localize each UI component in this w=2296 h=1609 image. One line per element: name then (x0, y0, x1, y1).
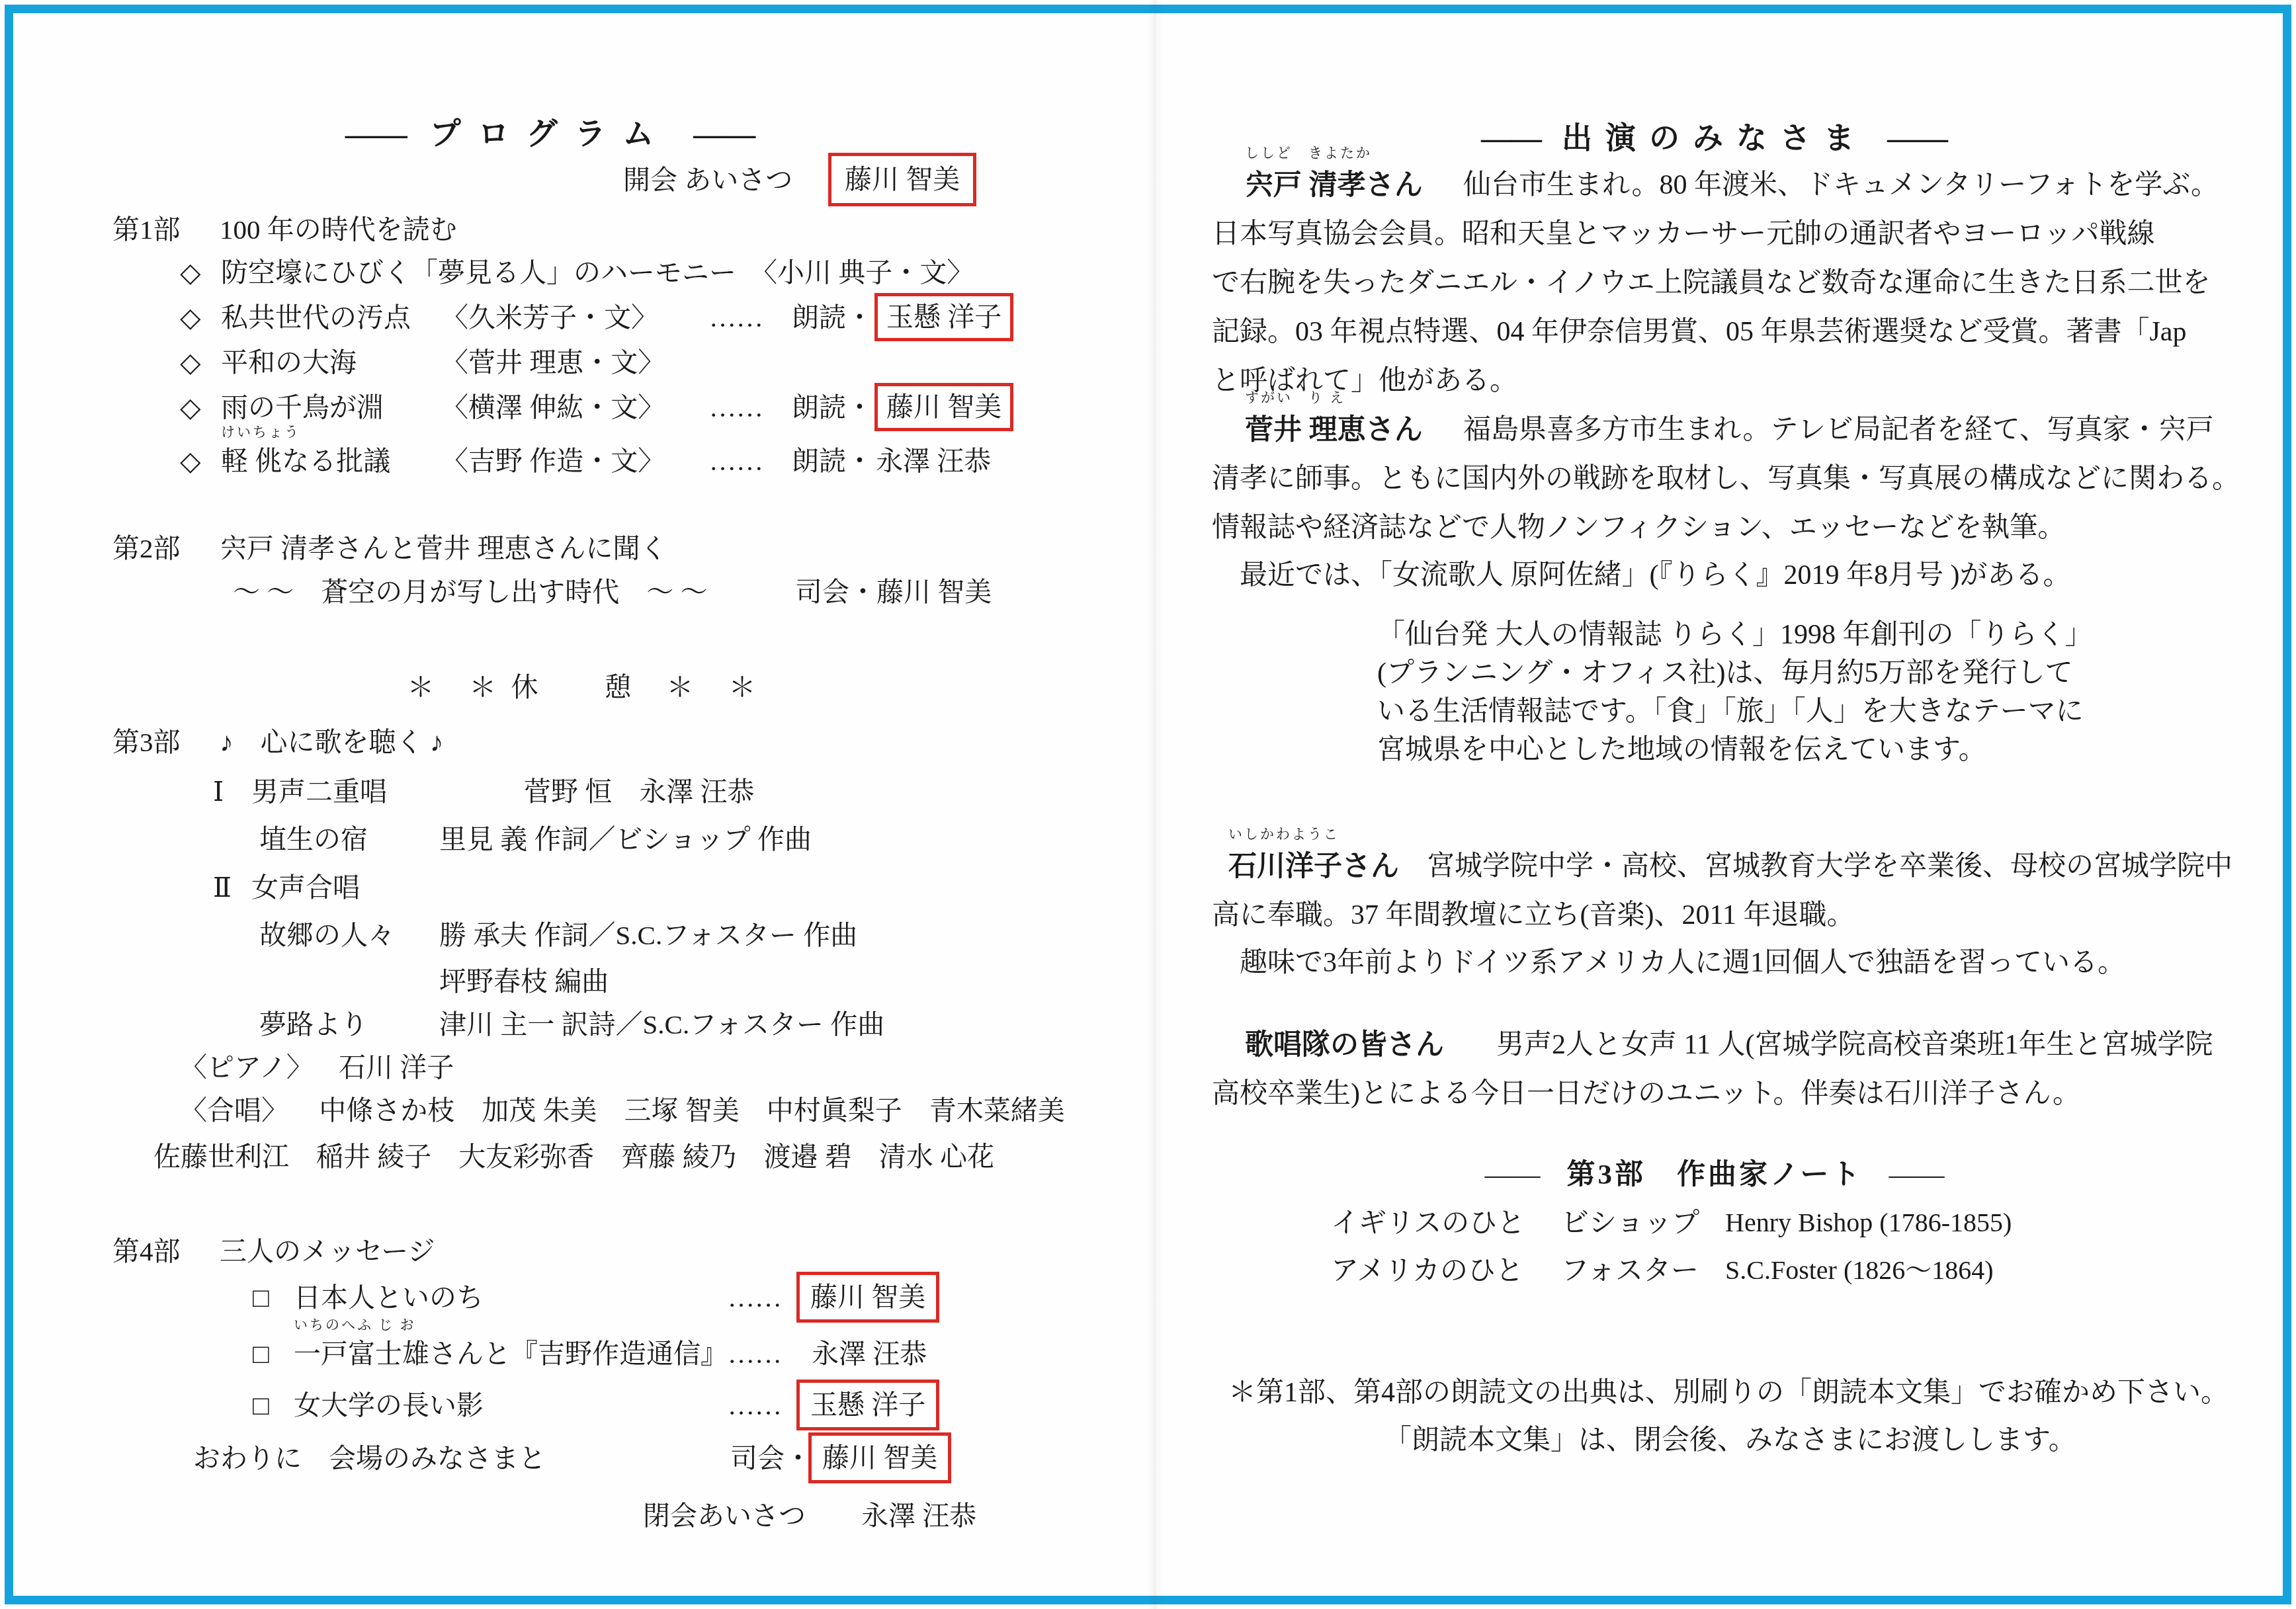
diamond-bullet: ◇ (180, 346, 201, 380)
composer-row: イギリスのひと ビショップ Henry Bishop (1786-1855) (1331, 1206, 1525, 1241)
piano-name: 石川 洋子 (339, 1052, 454, 1083)
section-numeral: Ⅰ (213, 776, 224, 807)
piece-author: 〈小川 典子・文〉 (750, 256, 974, 290)
song-title: 夢路より (259, 1009, 368, 1040)
program-page: ——プログラム—— 開会 あいさつ 藤川 智美 第1部 100 年の時代を読む … (15, 15, 1148, 1594)
title-dash-right: —— (693, 117, 755, 151)
piece-author: 〈吉野 作造・文〉 (441, 444, 665, 478)
title-dash-left: —— (1484, 1160, 1540, 1190)
message-title: 女大学の長い影 (294, 1389, 484, 1423)
bio-line: 高校卒業生)とによる今日一日だけのユニット。伴奏は石川洋子さん。 (1212, 1077, 2080, 1112)
message-title: 一戸富士雄さんと『吉野作造通信』 (294, 1337, 728, 1371)
dot-leader: …… (728, 1281, 782, 1315)
highlighted-name: 藤川 智美 (874, 383, 1013, 431)
bio-line: 趣味で3年前よりドイツ系アメリカ人に週1回個人で独語を習っている。 (1240, 946, 2125, 981)
reader-label: 朗読・ (792, 391, 873, 425)
speaker-intro: 宮城学院中学・高校、宮城教育大学を卒業後、母校の宮城学院中 (1427, 849, 2232, 884)
bio-line: 高に奉職。37 年間教壇に立ち(音楽)、2011 年退職。 (1212, 898, 1854, 933)
bio-line: 日本写真協会会員。昭和天皇とマッカーサー元帥の通訳者やヨーロッパ戦線 (1212, 217, 2154, 252)
highlighted-name: 藤川 智美 (808, 1432, 951, 1483)
piano-label: 〈ピアノ〉 (180, 1052, 314, 1083)
piece-title: 防空壕にひびく「夢見る人」のハーモニー (221, 256, 736, 290)
speaker-name: 宍戸 清孝さん (1245, 170, 1423, 201)
section-performers: 菅野 恒 永澤 汪恭 (524, 775, 755, 809)
part4-title: 三人のメッセージ (220, 1235, 435, 1268)
song-title: 埴生の宿 (259, 824, 368, 854)
performers-page: ——出演のみなさま—— ししど きよたか 宍戸 清孝さん 仙台市生まれ。80 年… (1166, 15, 2281, 1594)
intermission-line: ＊ ＊ 休 憩 ＊ ＊ (54, 671, 1113, 704)
song-credit: 勝 承夫 作詞／S.C.フォスター 作曲 (439, 919, 857, 952)
riraku-note-line: いる生活情報誌です。「食」「旅」「人」を大きなテーマに (1377, 694, 2084, 729)
part3-heading: 第3部 ♪ 心に歌を聴く ♪ (112, 725, 181, 759)
song-line: 夢路より 津川 主一 訳詩／S.C.フォスター 作曲 (259, 1008, 368, 1042)
bio-line: で右腕を失ったダニエル・イノウエ上院議員など数奇な運命に生きた日系二世を (1212, 266, 2210, 301)
section-label: 女声合唱 (251, 871, 360, 905)
closing-line: おわりに 会場のみなさまと 司会・ 藤川 智美 (193, 1442, 546, 1475)
section-1-line: Ⅰ 男声二重唱 菅野 恒 永澤 汪恭 (213, 775, 224, 809)
part4-heading: 第4部 三人のメッセージ (112, 1235, 181, 1268)
part3-title: ♪ 心に歌を聴く ♪ (220, 725, 443, 759)
mc-label: 司会・ (730, 1442, 812, 1475)
program-title: ——プログラム—— (15, 115, 1086, 154)
message-title: 日本人といのち (294, 1281, 484, 1315)
part4-number: 第4部 (112, 1236, 181, 1266)
dot-leader: …… (709, 391, 763, 425)
scanned-program-document: ——プログラム—— 開会 あいさつ 藤川 智美 第1部 100 年の時代を読む … (0, 0, 2296, 1609)
reader-label: 朗読・ (792, 444, 873, 478)
mc-name: 藤川 智美 (876, 577, 992, 607)
furigana: すがい り え (1245, 389, 1345, 406)
part1-title: 100 年の時代を読む (220, 213, 457, 247)
square-bullet: □ (253, 1337, 269, 1371)
dot-leader: …… (728, 1389, 782, 1423)
furigana: ししど きよたか (1245, 144, 1372, 161)
composer-name-jp: フォスター (1561, 1254, 1699, 1289)
footnote-line: ＊第1部、第4部の朗読文の出典は、別刷りの「朗読本文集」でお確かめ下さい。 (1228, 1376, 2229, 1411)
closing-greeting-line: 閉会あいさつ 永澤 汪恭 (643, 1499, 806, 1533)
diamond-bullet: ◇ (180, 444, 201, 478)
composer-name-en: S.C.Foster (1826～1864) (1725, 1254, 1994, 1287)
piece-title: 平和の大海 (221, 346, 357, 380)
piece-title: 軽 佻なる批議 (221, 444, 390, 478)
song-line: 埴生の宿 里見 義 作詞／ビショップ 作曲 (259, 823, 368, 856)
diamond-bullet: ◇ (180, 391, 201, 425)
chorus-members: 中條さか枝 加茂 朱美 三塚 智美 中村眞梨子 青木菜緒美 (319, 1095, 1065, 1126)
bio-line: 情報誌や経済誌などで人物ノンフィクション、エッセーなどを執筆。 (1212, 511, 2065, 546)
chorus-label: 〈合唱〉 (180, 1095, 288, 1126)
riraku-note-line: 「仙台発 大人の情報誌 りらく」1998 年創刊の「りらく」 (1377, 618, 2093, 653)
speaker-ishikawa-name-line: いしかわようこ 石川洋子さん 宮城学院中学・高校、宮城教育大学を卒業後、母校の宮… (1228, 849, 1399, 885)
choir-name: 歌唱隊の皆さん (1245, 1030, 1444, 1061)
diamond-bullet: ◇ (180, 301, 201, 335)
part1-number: 第1部 (112, 214, 181, 245)
song-line: 故郷の人々 勝 承夫 作詞／S.C.フォスター 作曲 (259, 919, 395, 952)
choir-intro: 男声2人と女声 11 人(宮城学院高校音楽班1年生と宮城学院 (1496, 1028, 2213, 1063)
program-title-text: プログラム (430, 117, 671, 151)
highlighted-name: 玉懸 洋子 (796, 1380, 939, 1430)
piece-title: 私共世代の汚点 (221, 301, 411, 335)
page-fold-crease (1148, 0, 1165, 1609)
composer-name-en: Henry Bishop (1786-1855) (1725, 1206, 2012, 1239)
section-numeral: Ⅱ (213, 872, 232, 903)
chorus-line-1: 〈合唱〉 中條さか枝 加茂 朱美 三塚 智美 中村眞梨子 青木菜緒美 (180, 1094, 1065, 1128)
piece-author: 〈菅井 理恵・文〉 (441, 346, 665, 380)
song-credit: 津川 主一 訳詩／S.C.フォスター 作曲 (439, 1008, 884, 1042)
song-title: 故郷の人々 (259, 920, 395, 950)
composer-note-heading: ——第3部 作曲家ノート—— (1166, 1157, 2264, 1193)
bio-line: 記録。03 年視点特選、04 年伊奈信男賞、05 年県芸術選奨など受賞。著書「J… (1212, 315, 2187, 350)
composer-country: アメリカのひと (1331, 1256, 1523, 1286)
composer-note-title: 第3部 作曲家ノート (1566, 1159, 1862, 1190)
closing-greeting-label: 閉会あいさつ (643, 1501, 806, 1531)
song-arranger-line: 坪野春枝 編曲 (439, 965, 609, 999)
part2-title: 宍戸 清孝さんと菅井 理恵さんに聞く (220, 532, 667, 565)
closing-label: おわりに 会場のみなさまと (193, 1443, 546, 1473)
highlight-box: 藤川 智美 (828, 153, 976, 206)
piece-author: 〈横澤 伸紘・文〉 (441, 391, 665, 425)
piece-title: 雨の千鳥が淵 (221, 391, 384, 425)
furigana: いしかわようこ (1228, 825, 1339, 843)
highlight-box: 玉懸 洋子 (796, 1380, 939, 1430)
furigana: けいちょう (221, 423, 300, 440)
title-dash-left: —— (1481, 121, 1542, 155)
dot-leader: …… (728, 1337, 782, 1371)
highlighted-name: 玉懸 洋子 (874, 293, 1013, 341)
highlight-box: 藤川 智美 (874, 383, 1013, 431)
reader-name: 永澤 汪恭 (812, 1337, 927, 1371)
opening-label: 開会 あいさつ (623, 163, 792, 197)
composer-row: アメリカのひと フォスター S.C.Foster (1826～1864) (1331, 1254, 1523, 1289)
highlighted-name: 藤川 智美 (796, 1272, 939, 1323)
section-2-line: Ⅱ 女声合唱 (213, 871, 232, 905)
riraku-note-line: (プランニング・オフィス社)は、毎月約5万部を発行して (1377, 656, 2073, 691)
speaker-intro: 福島県喜多方市生まれ。テレビ局記者を経て、写真家・宍戸 (1463, 413, 2214, 448)
footnote-line: 「朗読本文集」は、閉会後、みなさまにお渡しします。 (1384, 1423, 2076, 1458)
speaker-sugai-name-line: すがい り え 菅井 理恵さん 福島県喜多方市生まれ。テレビ局記者を経て、写真家… (1245, 413, 1423, 448)
highlight-box: 藤川 智美 (796, 1272, 939, 1323)
riraku-note-line: 宮城県を中心とした地域の情報を伝えています。 (1377, 733, 1986, 768)
highlight-box: 藤川 智美 (808, 1432, 951, 1483)
furigana: いちのへふ じ お (294, 1316, 416, 1333)
speaker-name: 菅井 理恵さん (1245, 415, 1423, 446)
performers-title-text: 出演のみなさま (1562, 121, 1867, 155)
composer-name-jp: ビショップ (1561, 1206, 1699, 1241)
speaker-intro: 仙台市生まれ。80 年渡米、ドキュメンタリーフォトを学ぶ。 (1463, 168, 2219, 203)
song-credit: 里見 義 作詞／ビショップ 作曲 (439, 823, 812, 856)
piano-line: 〈ピアノ〉 石川 洋子 (180, 1051, 454, 1085)
chorus-line-2: 佐藤世利江 稲井 綾子 大友彩弥香 齊藤 綾乃 渡邉 碧 清水 心花 (153, 1140, 994, 1174)
part2-number: 第2部 (112, 533, 181, 563)
part2-subtitle: ～ ～ 蒼空の月が写し出す時代 ～ ～ (233, 575, 708, 609)
title-dash-left: —— (345, 117, 407, 151)
highlight-box: 玉懸 洋子 (874, 293, 1013, 341)
reader-label: 朗読・ (792, 301, 873, 335)
mc-credit: 司会・藤川 智美 (795, 575, 992, 609)
dot-leader: …… (709, 444, 763, 478)
bio-line: 最近では、「女流歌人 原阿佐緒」(『りらく』2019 年8月号 )がある。 (1240, 558, 2070, 593)
bio-line: 清孝に師事。ともに国内外の戦跡を取材し、写真集・写真展の構成などに関わる。 (1212, 462, 2240, 497)
square-bullet: □ (253, 1281, 269, 1315)
reader-name: 永澤 汪恭 (876, 444, 991, 478)
dot-leader: …… (709, 301, 763, 335)
highlighted-name: 藤川 智美 (828, 153, 976, 206)
section-label: 男声二重唱 (251, 775, 387, 809)
part2-heading: 第2部 宍戸 清孝さんと菅井 理恵さんに聞く (112, 532, 181, 565)
diamond-bullet: ◇ (180, 256, 201, 290)
square-bullet: □ (253, 1389, 269, 1423)
title-dash-right: —— (1887, 121, 1948, 155)
piece-author: 〈久米芳子・文〉 (441, 301, 658, 335)
speaker-name: 石川洋子さん (1228, 851, 1399, 882)
closing-greeting-name: 永澤 汪恭 (861, 1499, 976, 1533)
part1-heading: 第1部 100 年の時代を読む (112, 213, 181, 247)
title-dash-right: —— (1889, 1160, 1945, 1190)
part3-number: 第3部 (112, 727, 181, 757)
speaker-shishido-name-line: ししど きよたか 宍戸 清孝さん 仙台市生まれ。80 年渡米、ドキュメンタリーフ… (1245, 168, 1423, 204)
mc-label: 司会・ (795, 577, 876, 607)
composer-country: イギリスのひと (1331, 1208, 1525, 1239)
choir-name-line: 歌唱隊の皆さん 男声2人と女声 11 人(宮城学院高校音楽班1年生と宮城学院 (1245, 1028, 1444, 1063)
